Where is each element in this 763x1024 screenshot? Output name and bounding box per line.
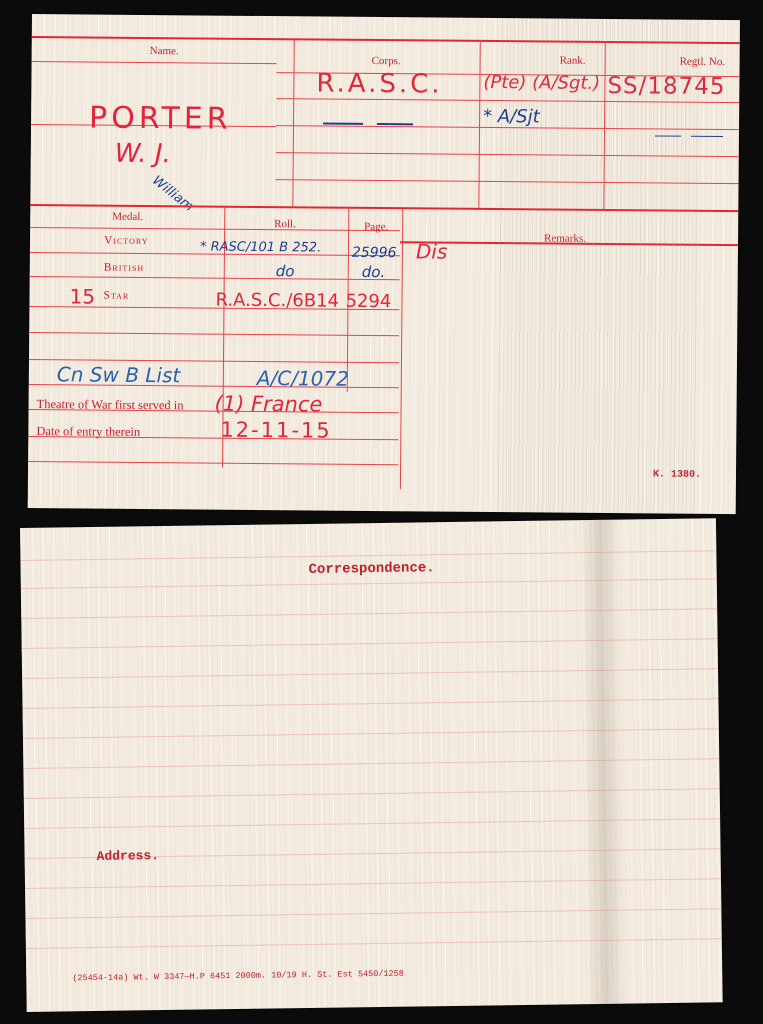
medal-star: Star [103,290,129,302]
roll-british: do [276,262,295,280]
ditto-dash [691,136,723,137]
header-medal: Medal. [112,211,143,223]
header-name: Name. [150,45,179,57]
printer-line: (25454-14a) Wt. W 3347—H.P 6451 2000m. 1… [72,969,404,984]
rule [30,227,400,231]
medal-card-front: Name. Corps. Rank. Regtl. No. PORTER W. … [28,14,740,514]
theatre-label: Theatre of War first served in [37,397,184,413]
corps-value: R.A.S.C. [316,68,442,99]
rule [28,461,398,465]
rank-value-2: * A/Sjt [483,106,540,127]
header-remarks: Remarks. [544,232,586,244]
rule [23,698,719,709]
ditto-dash [655,135,681,136]
header-page: Page. [364,221,388,233]
rule [276,152,739,157]
medal-british: British [104,262,145,274]
rule [21,608,717,619]
col-divider [478,40,480,208]
rule [32,61,277,64]
surname: PORTER [89,101,232,137]
medal-victory: Victory [104,235,149,247]
star-prefix: 15 [69,284,95,308]
form-code: K. 1380. [653,469,701,480]
rule [22,638,718,649]
rule [22,668,718,679]
rule [24,788,720,799]
list-note: Cn Sw B List [57,362,181,387]
theatre-value: (1) France [215,392,323,417]
page-star: 5294 [345,291,391,312]
col-divider [292,38,294,206]
rank-value-1: (Pte) (A/Sgt.) [483,72,600,94]
header-corps: Corps. [372,55,401,67]
rule [21,578,717,589]
header-roll: Roll. [274,218,296,230]
ditto-dash [323,123,363,125]
initials: W. J. [115,139,171,169]
roll-star: R.A.S.C./6B14 [215,290,339,312]
date-value: 12-11-15 [220,418,332,443]
rule [25,908,721,919]
roll-victory: * RASC/101 B 252. [200,239,321,255]
page-british: do. [362,263,386,281]
list-ref: A/C/1072 [257,366,349,391]
rule [30,276,400,280]
rule [23,728,719,739]
rule [24,818,720,829]
remark-victory: Dis [416,239,448,263]
medal-card-back: Correspondence. Address. (25454-14a) Wt.… [20,518,723,1012]
rule [23,758,719,769]
page-victory: 25996 [352,245,397,261]
header-rank: Rank. [560,55,586,67]
rule [29,332,399,336]
header-regt-no: Regtl. No. [680,56,726,68]
rule-top [32,36,740,44]
forename: William [149,173,196,215]
col-divider [603,41,605,209]
date-label: Date of entry therein [36,424,140,440]
correspondence-title: Correspondence. [309,560,435,578]
rule [26,938,722,949]
address-label: Address. [96,848,159,864]
col-divider [400,207,403,489]
ditto-dash [377,123,413,125]
rule [276,179,739,184]
rule [25,878,721,889]
rule [20,550,716,561]
regt-no-value: SS/18745 [607,73,725,100]
